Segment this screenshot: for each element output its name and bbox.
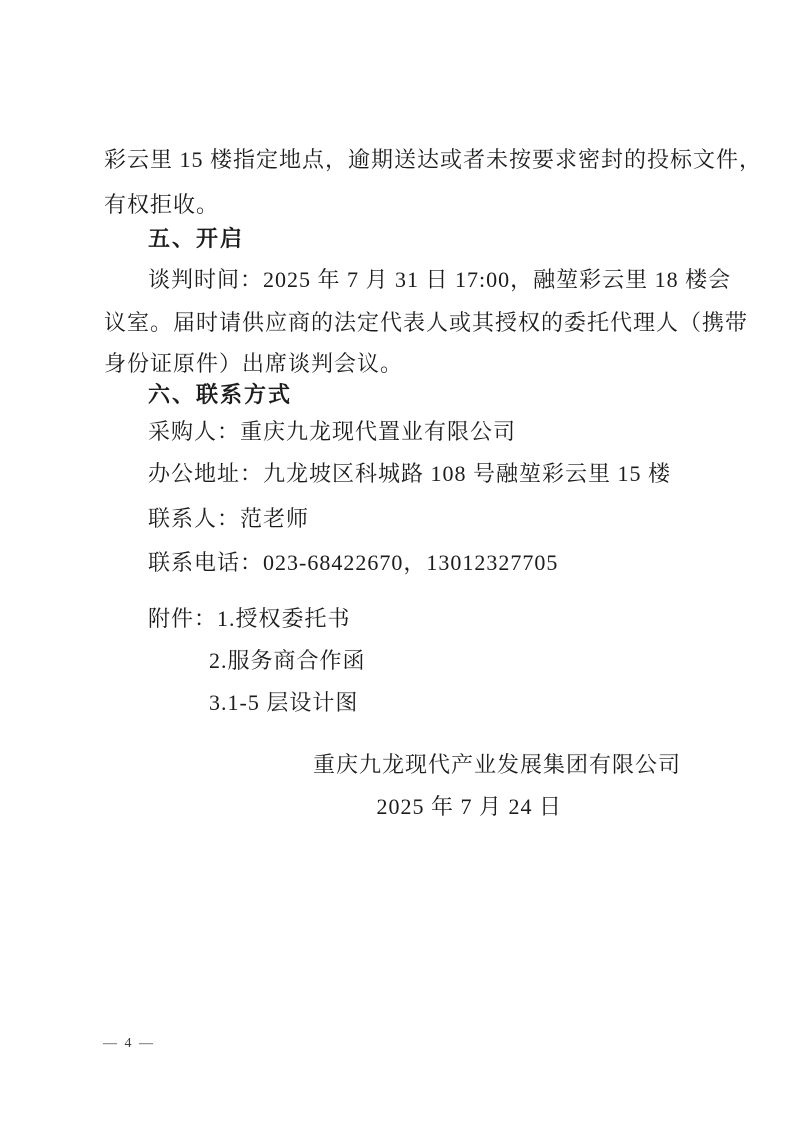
contact-phone-line: 联系电话：023-68422670，13012327705	[148, 549, 558, 577]
section-heading-contact: 六、联系方式	[148, 382, 292, 410]
open-body-line-3: 身份证原件）出席谈判会议。	[104, 350, 403, 378]
signature-date: 2025 年 7 月 24 日	[104, 793, 695, 821]
section-heading-open: 五、开启	[148, 226, 244, 254]
contact-buyer-line: 采购人：重庆九龙现代置业有限公司	[148, 418, 516, 446]
contact-person-line: 联系人：范老师	[148, 505, 309, 533]
open-body-line-2: 议室。届时请供应商的法定代表人或其授权的委托代理人（携带	[104, 309, 748, 337]
body-line-continuation-2: 有权拒收。	[104, 191, 219, 219]
body-line-continuation-1: 彩云里 15 楼指定地点，逾期送达或者未按要求密封的投标文件，	[104, 146, 762, 174]
attachments-line-1: 附件：1.授权委托书	[148, 605, 351, 633]
attachments-line-3: 3.1-5 层设计图	[209, 689, 358, 717]
open-body-line-1: 谈判时间：2025 年 7 月 31 日 17:00，融堃彩云里 18 楼会	[148, 266, 731, 294]
attachments-line-2: 2.服务商合作函	[209, 647, 366, 675]
page-number: — 4 —	[103, 1036, 155, 1052]
document-page: 彩云里 15 楼指定地点，逾期送达或者未按要求密封的投标文件， 有权拒收。 五、…	[0, 0, 793, 1122]
contact-address-line: 办公地址：九龙坡区科城路 108 号融堃彩云里 15 楼	[148, 460, 671, 488]
signature-company: 重庆九龙现代产业发展集团有限公司	[104, 751, 695, 779]
